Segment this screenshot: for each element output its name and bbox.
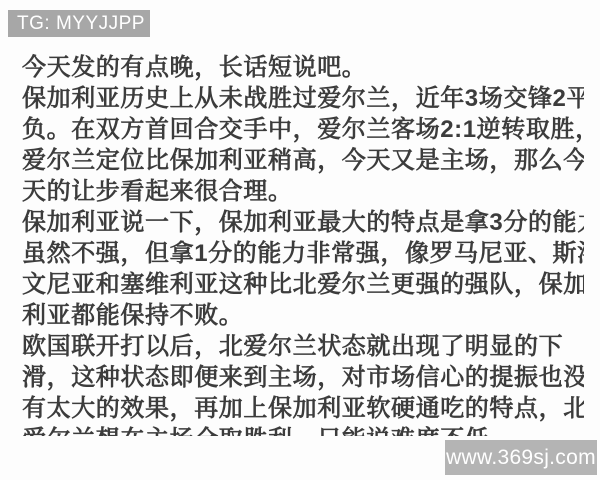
text-line: 爱尔兰定位比保加利亚稍高，今天又是主场，那么今 [22, 145, 584, 176]
text-line: 文尼亚和塞维利亚这种比北爱尔兰更强的强队，保加 [22, 269, 584, 300]
text-line: 负。在双方首回合交手中，爱尔兰客场2:1逆转取胜， [22, 114, 584, 145]
text-line: 保加利亚历史上从未战胜过爱尔兰，近年3场交锋2平1 [22, 83, 584, 114]
site-watermark: www.369sj.com [445, 440, 597, 475]
text-line: 今天发的有点晚，长话短说吧。 [22, 52, 584, 83]
text-line: 有太大的效果，再加上保加利亚软硬通吃的特点，北 [22, 393, 584, 424]
text-line: 欧国联开打以后，北爱尔兰状态就出现了明显的下 [22, 331, 584, 362]
site-watermark-label: www.369sj.com [446, 446, 596, 469]
text-line: 利亚都能保持不败。 [22, 300, 584, 331]
article-text: 今天发的有点晚，长话短说吧。 保加利亚历史上从未战胜过爱尔兰，近年3场交锋2平1… [22, 52, 584, 436]
tg-channel-badge: TG: MYYJJPP [8, 10, 150, 37]
text-line: 滑，这种状态即便来到主场，对市场信心的提振也没 [22, 362, 584, 393]
tg-channel-badge-label: TG: MYYJJPP [17, 13, 145, 34]
text-line: 保加利亚说一下，保加利亚最大的特点是拿3分的能力 [22, 207, 584, 238]
text-line: 虽然不强，但拿1分的能力非常强，像罗马尼亚、斯洛 [22, 238, 584, 269]
text-line: 爱尔兰想在主场全取胜利，只能说难度不低。 [22, 424, 584, 436]
text-line: 天的让步看起来很合理。 [22, 176, 584, 207]
